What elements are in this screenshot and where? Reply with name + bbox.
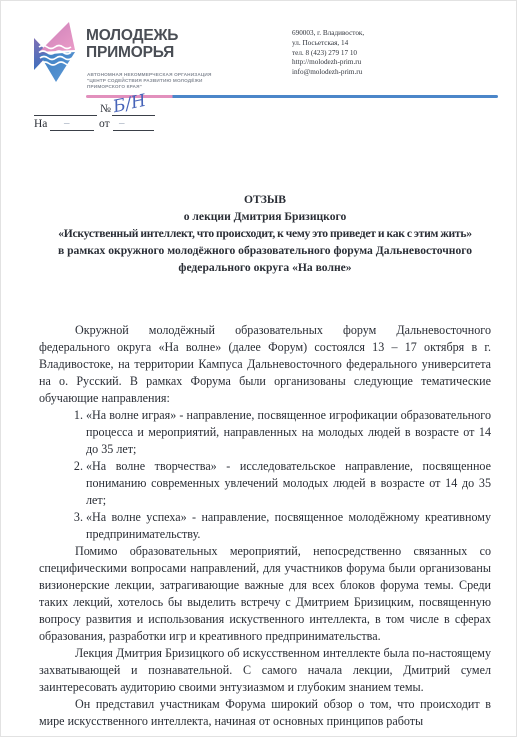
paragraph-forum-intro: Окружной молодёжный образовательных фору… [39,322,491,407]
document-content: ОТЗЫВ о лекции Дмитрия Бризицкого «Искус… [39,191,491,730]
org-subtitle: АВТОНОМНАЯ НЕКОММЕРЧЕСКАЯ ОРГАНИЗАЦИЯ "Ц… [87,72,211,90]
na-label: На [34,118,47,130]
list-item: «На волне играя» - направление, посвящен… [86,407,491,458]
scanned-letter-page: МОЛОДЕЖЬ ПРИМОРЬЯ АВТОНОМНАЯ НЕКОММЕРЧЕС… [0,0,517,737]
org-name: МОЛОДЕЖЬ ПРИМОРЬЯ [86,28,178,61]
number-label: № [100,103,111,115]
address-line: 690003, г. Владивосток, [292,29,364,39]
document-title: ОТЗЫВ о лекции Дмитрия Бризицкого «Искус… [39,191,491,276]
email-line: info@molodezh-prim.ru [292,68,364,78]
list-item: «На волне творчества» - исследовательско… [86,458,491,509]
org-logo-icon [32,19,82,85]
paragraph-lecture-review: Лекция Дмитрия Бризицкого об искусственн… [39,645,491,696]
number-underline [112,101,155,116]
website-line: http://molodezh-prim.ru [292,58,364,68]
title-lecture-line: о лекции Дмитрия Бризицкого [39,208,491,225]
address-line: ул. Посьетская, 14 [292,39,364,49]
date-blank-underline [34,101,97,116]
na-handwritten-dash: – [64,117,70,129]
forum-tracks-list: «На волне играя» - направление, посвящен… [39,407,491,543]
document-body: Окружной молодёжный образовательных фору… [39,322,491,730]
address-line: тел. 8 (423) 279 17 10 [292,49,364,59]
title-word: ОТЗЫВ [39,191,491,208]
paragraph-visionary-lectures: Помимо образовательных мероприятий, непо… [39,543,491,645]
list-item: «На волне успеха» - направление, посвяще… [86,509,491,543]
title-forum-line: в рамках окружного молодёжного образоват… [39,242,491,276]
org-address-block: 690003, г. Владивосток, ул. Посьетская, … [292,29,364,78]
ot-label: от [99,118,110,130]
paragraph-overview: Он представил участникам Форума широкий … [39,696,491,730]
title-lecture-name: «Искуственный интеллект, что происходит,… [39,225,491,242]
ot-handwritten-dash: – [119,117,125,129]
na-underline [50,116,94,131]
letterhead-divider [86,95,498,98]
org-subtitle-line: ПРИМОРСКОГО КРАЯ" [87,84,211,90]
